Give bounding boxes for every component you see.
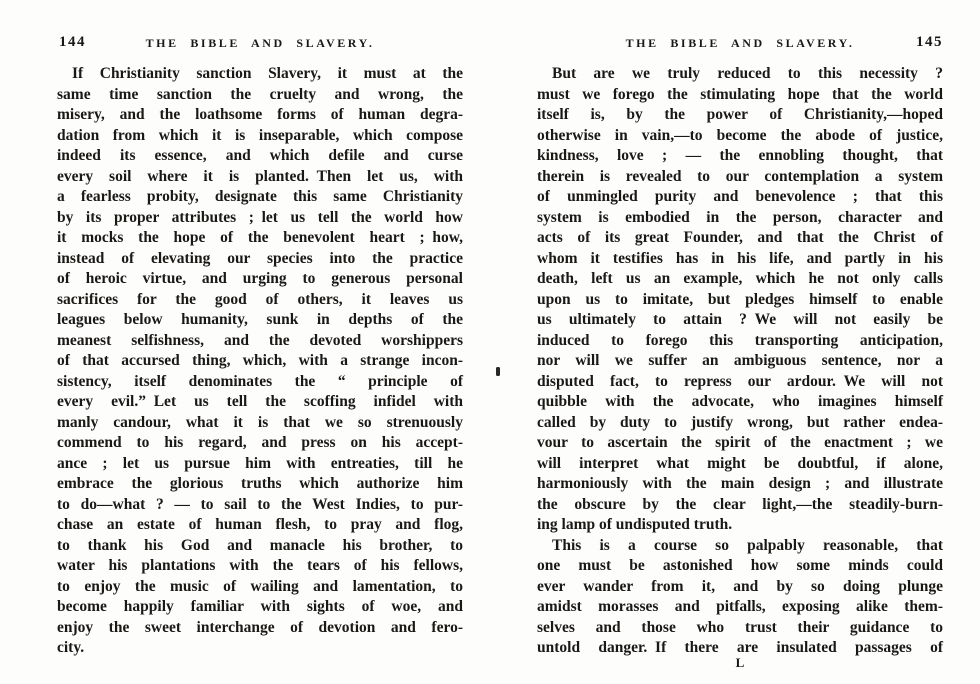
text-line: to enjoy the music of wailing and lament… [57,577,463,598]
text-line: ever wander from it, and by so doing plu… [537,577,943,598]
left-page-body: If Christianity sanction Slavery, it mus… [57,64,463,659]
left-running-title: THE BIBLE AND SLAVERY. [57,36,463,51]
text-line: by its proper attributes ; let us tell t… [57,208,463,229]
right-page: THE BIBLE AND SLAVERY. 145 But are we tr… [537,0,943,684]
text-line: manly candour, what it is that we so str… [57,413,463,434]
text-line: one must be astonished how some minds co… [537,556,943,577]
text-line: acts of its great Founder, and that the … [537,228,943,249]
text-line: the obscure by the clear light,—the stea… [537,495,943,516]
text-line: instead of elevating our species into th… [57,249,463,270]
text-line: sistency, itself denominates the “ princ… [57,372,463,393]
text-line: leagues below humanity, sunk in depths o… [57,310,463,331]
text-line: But are we truly reduced to this necessi… [537,64,943,85]
text-line: This is a course so palpably reasonable,… [537,536,943,557]
right-page-header: THE BIBLE AND SLAVERY. 145 [537,34,943,54]
text-line: to thank his God and manacle his brother… [57,536,463,557]
text-line: induced to forego this transporting anti… [537,331,943,352]
text-line: every soil where it is planted. Then let… [57,167,463,188]
text-line: called by duty to justify wrong, but rat… [537,413,943,434]
text-line: sacrifices for the good of others, it le… [57,290,463,311]
text-line: kindness, love ; — the ennobling thought… [537,146,943,167]
text-line: every evil.” Let us tell the scoffing in… [57,392,463,413]
text-line: quibble with the advocate, who imagines … [537,392,943,413]
text-line: of heroic virtue, and urging to generous… [57,269,463,290]
text-line: must we forego the stimulating hope that… [537,85,943,106]
text-line: enjoy the sweet interchange of devotion … [57,618,463,639]
text-line: same time sanction the cruelty and wrong… [57,85,463,106]
book-spread: 144 THE BIBLE AND SLAVERY. If Christiani… [0,0,980,684]
text-line: upon us to imitate, but pledges himself … [537,290,943,311]
text-line: disputed fact, to repress our ardour. We… [537,372,943,393]
text-line: city. [57,638,463,659]
text-line: harmoniously with the main design ; and … [537,474,943,495]
text-line: embrace the glorious truths which author… [57,474,463,495]
right-page-body: But are we truly reduced to this necessi… [537,64,943,659]
text-line: us ultimately to attain ? We will not ea… [537,310,943,331]
signature-mark: L [537,655,943,671]
text-line: itself is, by the power of Christianity,… [537,105,943,126]
text-line: meanest selfishness, and the devoted wor… [57,331,463,352]
text-line: will interpret what might be doubtful, i… [537,454,943,475]
text-line: dation from which it is inseparable, whi… [57,126,463,147]
text-line: therein is revealed to our contemplation… [537,167,943,188]
text-line: commend to his regard, and press on his … [57,433,463,454]
left-page-header: 144 THE BIBLE AND SLAVERY. [57,34,463,54]
text-line: vour to ascertain the spirit of the enac… [537,433,943,454]
text-line: death, left us an example, which he not … [537,269,943,290]
text-line: amidst morasses and pitfalls, exposing a… [537,597,943,618]
text-line: If Christianity sanction Slavery, it mus… [57,64,463,85]
text-line: misery, and the loathsome forms of human… [57,105,463,126]
text-line: system is embodied in the person, charac… [537,208,943,229]
right-page-number: 145 [916,34,943,51]
text-line: whom it testifies has in his life, and p… [537,249,943,270]
text-line: indeed its essence, and which defile and… [57,146,463,167]
text-line: of that accursed thing, which, with a st… [57,351,463,372]
text-line: to do—what ? — to sail to the West Indie… [57,495,463,516]
text-line: ance ; let us pursue him with entreaties… [57,454,463,475]
text-line: water his plantations with the tears of … [57,556,463,577]
text-line: ing lamp of undisputed truth. [537,515,943,536]
text-line: it mocks the hope of the benevolent hear… [57,228,463,249]
text-line: of unmingled purity and benevolence ; th… [537,187,943,208]
text-line: chase an estate of human flesh, to pray … [57,515,463,536]
ink-speck [496,367,500,376]
text-line: selves and those who trust their guidanc… [537,618,943,639]
text-line: otherwise in vain,—to become the abode o… [537,126,943,147]
text-line: nor will we suffer an ambiguous sentence… [537,351,943,372]
text-line: become happily familiar with sights of w… [57,597,463,618]
right-running-title: THE BIBLE AND SLAVERY. [537,36,943,51]
left-page: 144 THE BIBLE AND SLAVERY. If Christiani… [57,0,463,684]
text-line: a fearless probity, designate this same … [57,187,463,208]
